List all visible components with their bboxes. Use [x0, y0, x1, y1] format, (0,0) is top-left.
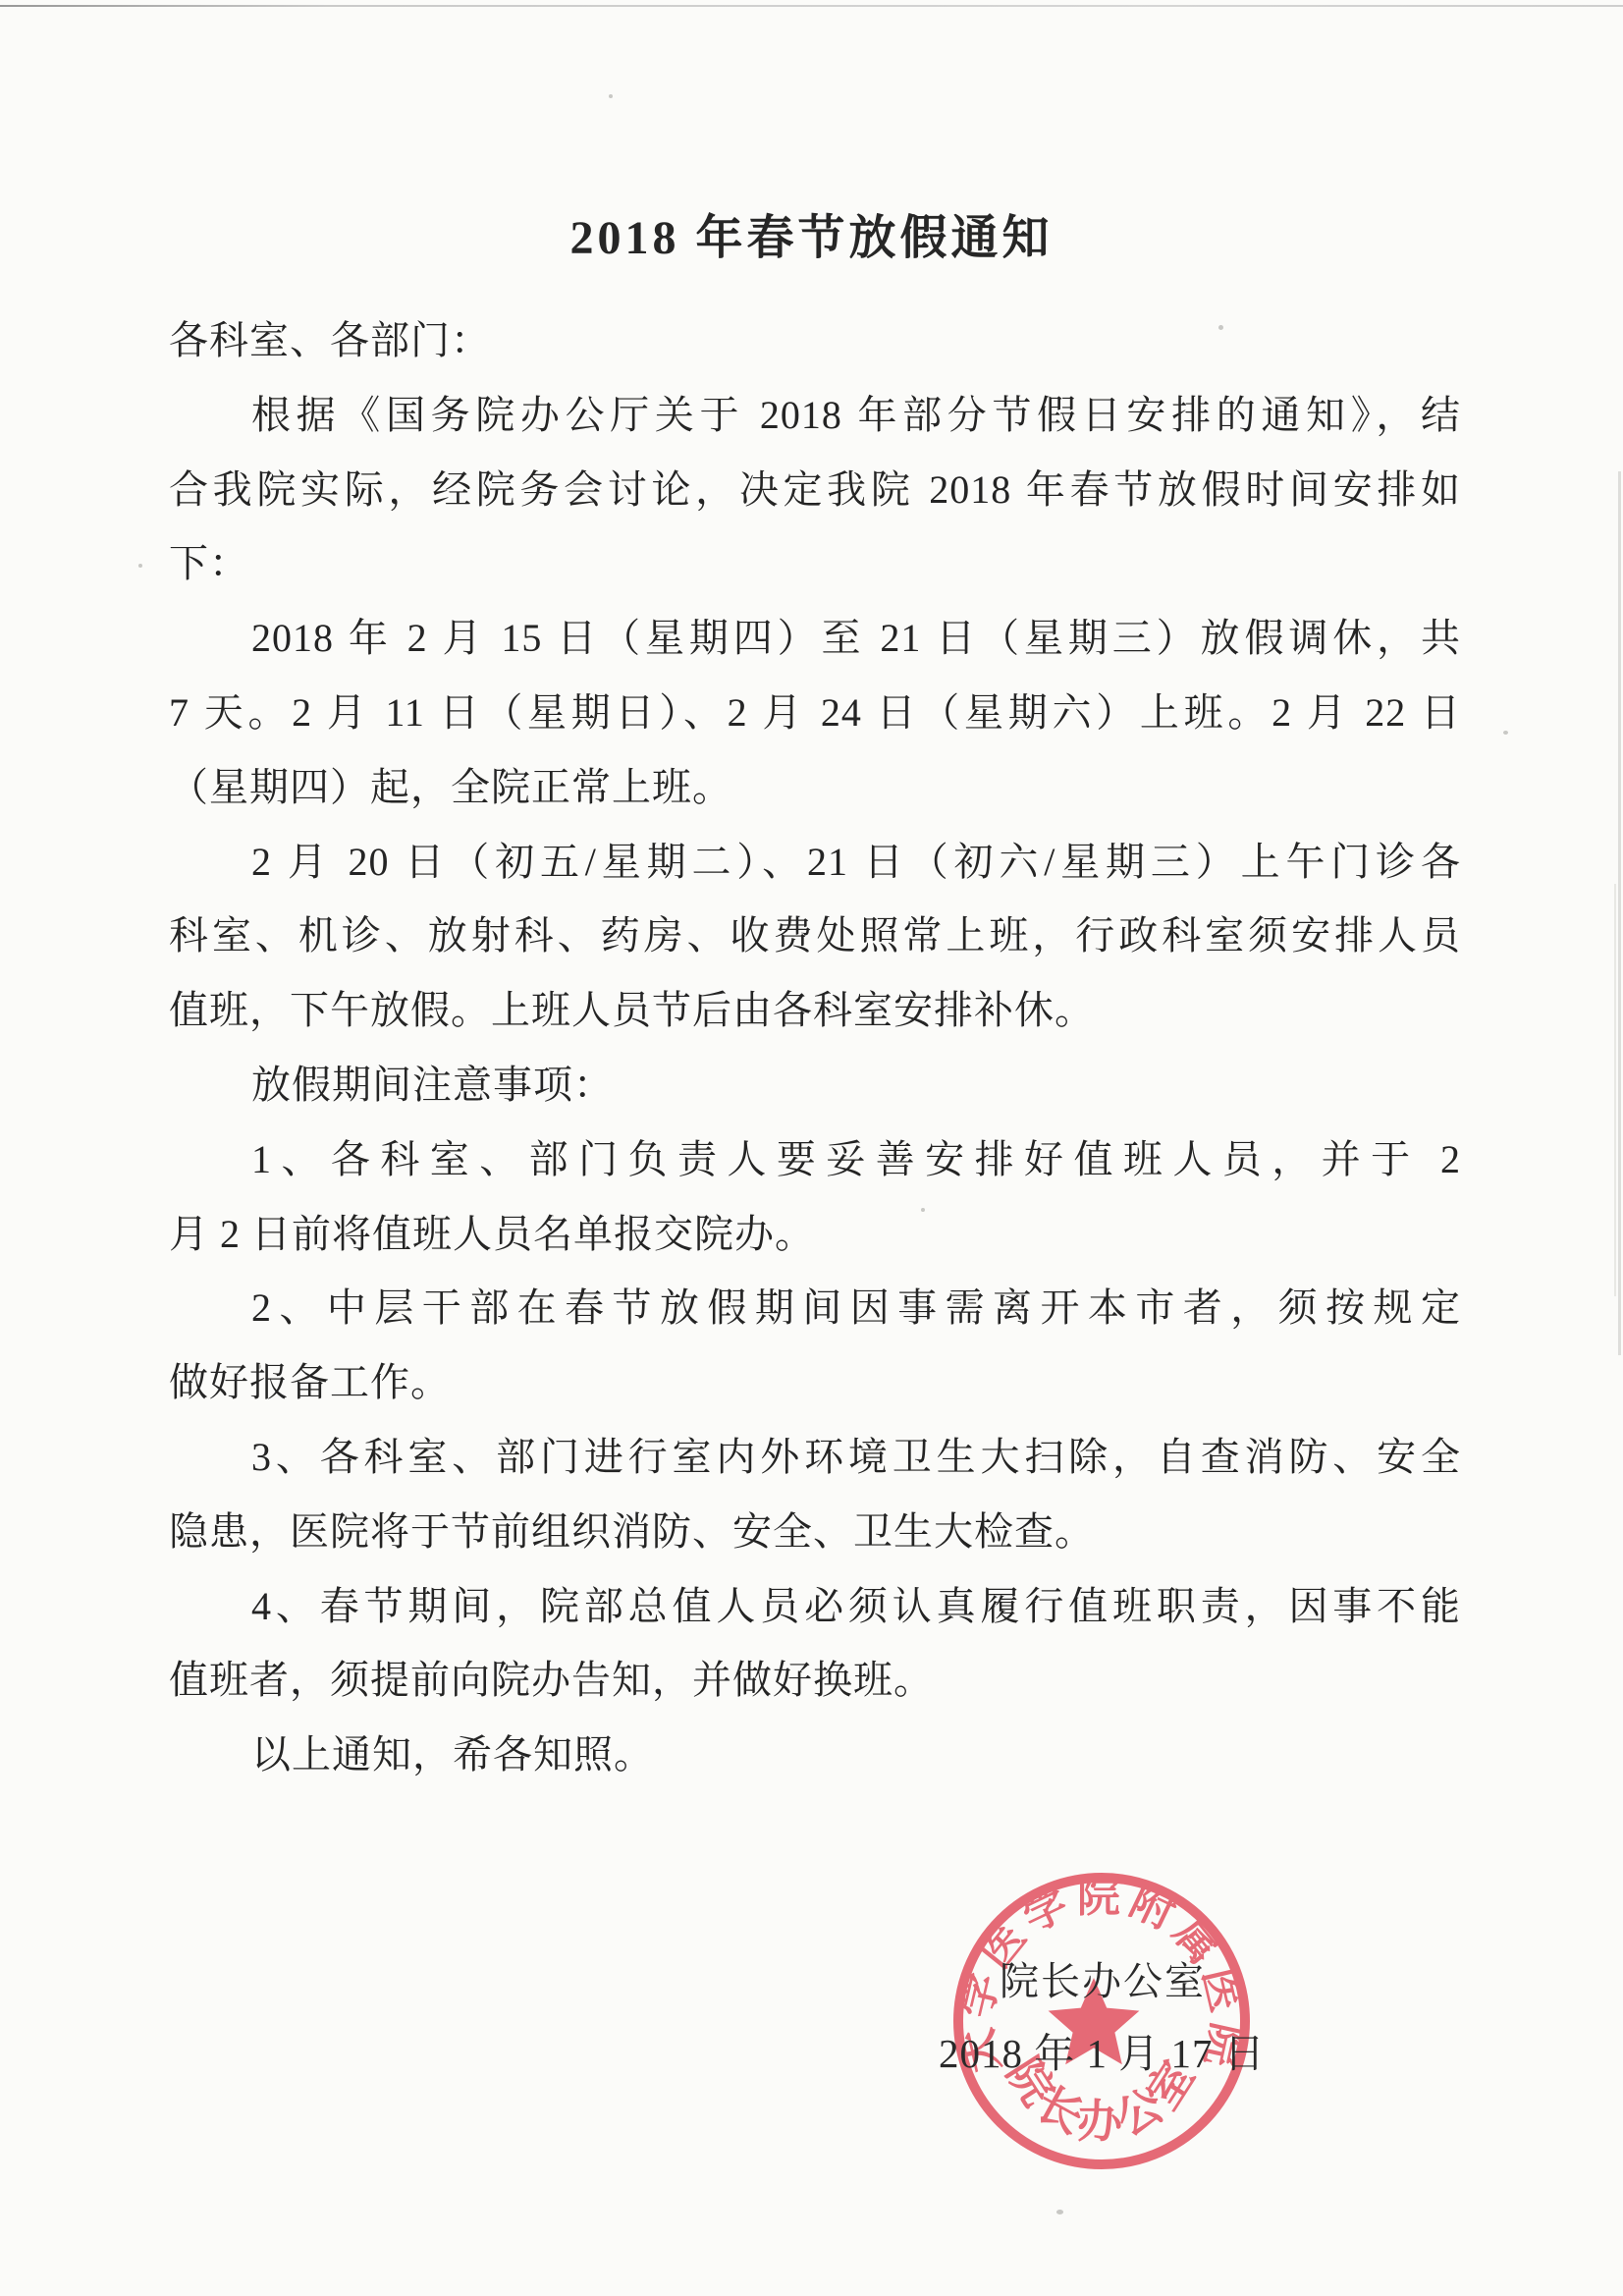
body-line: 月 2 日前将值班人员名单报交院办。 — [169, 1197, 1461, 1272]
body-line: 科室、机诊、放射科、药房、收费处照常上班，行政科室须安排人员 — [169, 899, 1461, 973]
signature-date: 2018 年 1 月 17 日 — [939, 2021, 1266, 2079]
body-line: 值班，下午放假。上班人员节后由各科室安排补休。 — [169, 973, 1461, 1048]
body-line: 做好报备工作。 — [169, 1345, 1461, 1420]
body-line: 以上通知，希各知照。 — [169, 1718, 1461, 1792]
body-line: 值班者，须提前向院办告知，并做好换班。 — [169, 1643, 1461, 1718]
body-line: 合我院实际，经院务会讨论，决定我院 2018 年春节放假时间安排如 — [169, 453, 1461, 527]
body-line: 3、各科室、部门进行室内外环境卫生大扫除，自查消防、安全 — [169, 1420, 1461, 1495]
scan-speck — [1056, 2210, 1063, 2214]
scan-speck — [138, 564, 142, 568]
body-line: 隐患，医院将于节前组织消防、安全、卫生大检查。 — [169, 1495, 1461, 1569]
signature-office: 院长办公室 — [1000, 1950, 1206, 2006]
scan-speck — [609, 94, 613, 98]
body-line: 放假期间注意事项： — [169, 1048, 1461, 1122]
body-line: 下： — [169, 526, 1461, 601]
body-line: 1、各科室、部门负责人要妥善安排好值班人员，并于 2 — [169, 1122, 1461, 1197]
scanned-notice-page: 2018 年春节放假通知 各科室、各部门： 根据《国务院办公厅关于 2018 年… — [0, 0, 1623, 2296]
notice-body: 各科室、各部门： 根据《国务院办公厅关于 2018 年部分节假日安排的通知》，结… — [169, 303, 1461, 1792]
page-title: 2018 年春节放假通知 — [0, 199, 1623, 267]
body-line: 4、春节期间，院部总值人员必须认真履行值班职责，因事不能 — [169, 1569, 1461, 1644]
scan-artifact-top-line — [0, 5, 1623, 7]
scan-artifact-right-streak-2 — [1614, 884, 1616, 1296]
body-line: 2、中层干部在春节放假期间因事需离开本市者，须按规定 — [169, 1271, 1461, 1345]
body-line: （星期四）起，全院正常上班。 — [169, 750, 1461, 825]
body-line: 2018 年 2 月 15 日（星期四）至 21 日（星期三）放假调休，共 — [169, 601, 1461, 676]
scan-speck — [1503, 731, 1508, 735]
body-line: 根据《国务院办公厅关于 2018 年部分节假日安排的通知》，结 — [169, 378, 1461, 453]
body-line: 2 月 20 日（初五/星期二）、21 日（初六/星期三）上午门诊各 — [169, 825, 1461, 900]
body-line: 各科室、各部门： — [169, 303, 1461, 378]
scan-artifact-right-streak — [1618, 471, 1621, 1355]
body-line: 7 天。2 月 11 日（星期日）、2 月 24 日（星期六）上班。2 月 22… — [169, 676, 1461, 750]
